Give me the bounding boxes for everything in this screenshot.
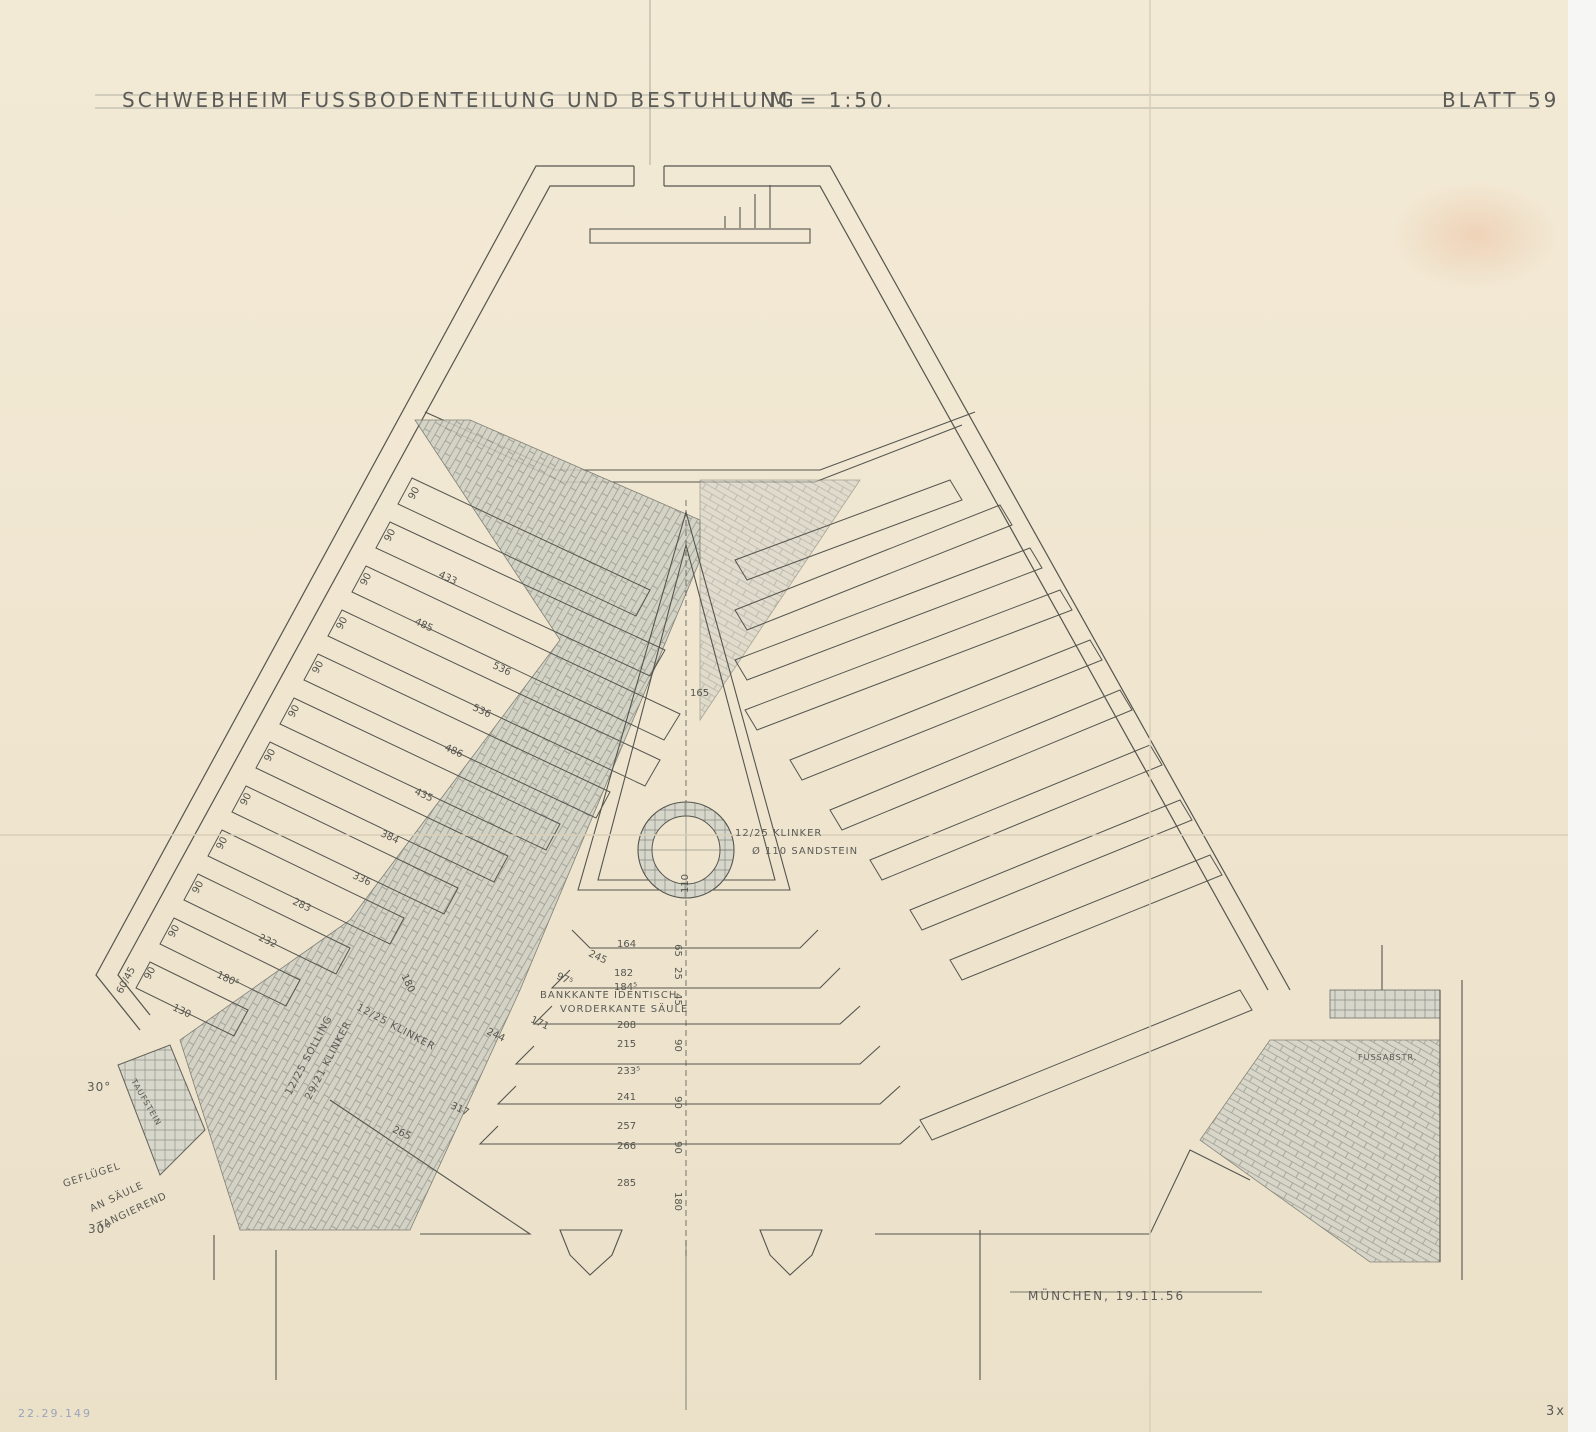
- scale-label: M = 1:50.: [770, 88, 895, 112]
- sheet-title: SCHWEBHEIM FUSSBODENTEILUNG UND BESTUHLU…: [122, 88, 797, 112]
- dim-center-4: 208: [617, 1020, 636, 1031]
- dim-center-7: 241: [617, 1092, 636, 1103]
- bench-edge-note-1: BANKKANTE IDENTISCH: [540, 990, 677, 1001]
- dim-center-10: 285: [617, 1178, 636, 1189]
- dim-offset-3: 165: [690, 688, 709, 699]
- dim-vert-7: 180: [672, 1192, 683, 1211]
- copies-mark: 3x: [1546, 1404, 1566, 1419]
- bench-edge-note-2: VORDERKANTE SÄULE: [560, 1004, 688, 1015]
- column-sandstone-note: Ø 110 SANDSTEIN: [752, 846, 858, 857]
- dim-vert-1: 65: [672, 944, 683, 957]
- outer-walls: [96, 166, 1290, 1030]
- floor-plan-drawing: [0, 0, 1596, 1432]
- dim-column-diameter: 110: [680, 874, 691, 893]
- center-pews: [480, 930, 920, 1144]
- dim-center-8: 257: [617, 1121, 636, 1132]
- dim-vert-2: 25: [672, 967, 683, 980]
- header-rules: [95, 0, 1540, 165]
- dim-vert-5: 90: [672, 1096, 683, 1109]
- dim-vert-3: 45: [672, 993, 683, 1006]
- angle-top: 30°: [87, 1080, 111, 1094]
- archive-mark: 22.29.149: [18, 1407, 92, 1420]
- dim-center-3: 184⁵: [614, 982, 637, 993]
- right-pews: [735, 480, 1252, 1140]
- dim-center-9: 266: [617, 1141, 636, 1152]
- sheet-number: BLATT 59: [1442, 88, 1559, 112]
- dim-center-5: 215: [617, 1039, 636, 1050]
- right-aisle-paving: [700, 480, 860, 720]
- place-and-date: MÜNCHEN, 19.11.56: [1028, 1289, 1185, 1303]
- dim-center-2: 182: [614, 968, 633, 979]
- dim-center-1: 164: [617, 939, 636, 950]
- angle-bottom: 30°: [88, 1222, 112, 1236]
- footrest-label: FUSSABSTR.: [1358, 1053, 1417, 1062]
- dim-vert-4: 90: [672, 1039, 683, 1052]
- dim-vert-6: 90: [672, 1141, 683, 1154]
- footrest-block: [1330, 990, 1440, 1018]
- dim-center-6: 233⁵: [617, 1066, 640, 1077]
- column-clinker-note: 12/25 KLINKER: [735, 828, 822, 839]
- lower-right-paving: [1200, 1040, 1440, 1262]
